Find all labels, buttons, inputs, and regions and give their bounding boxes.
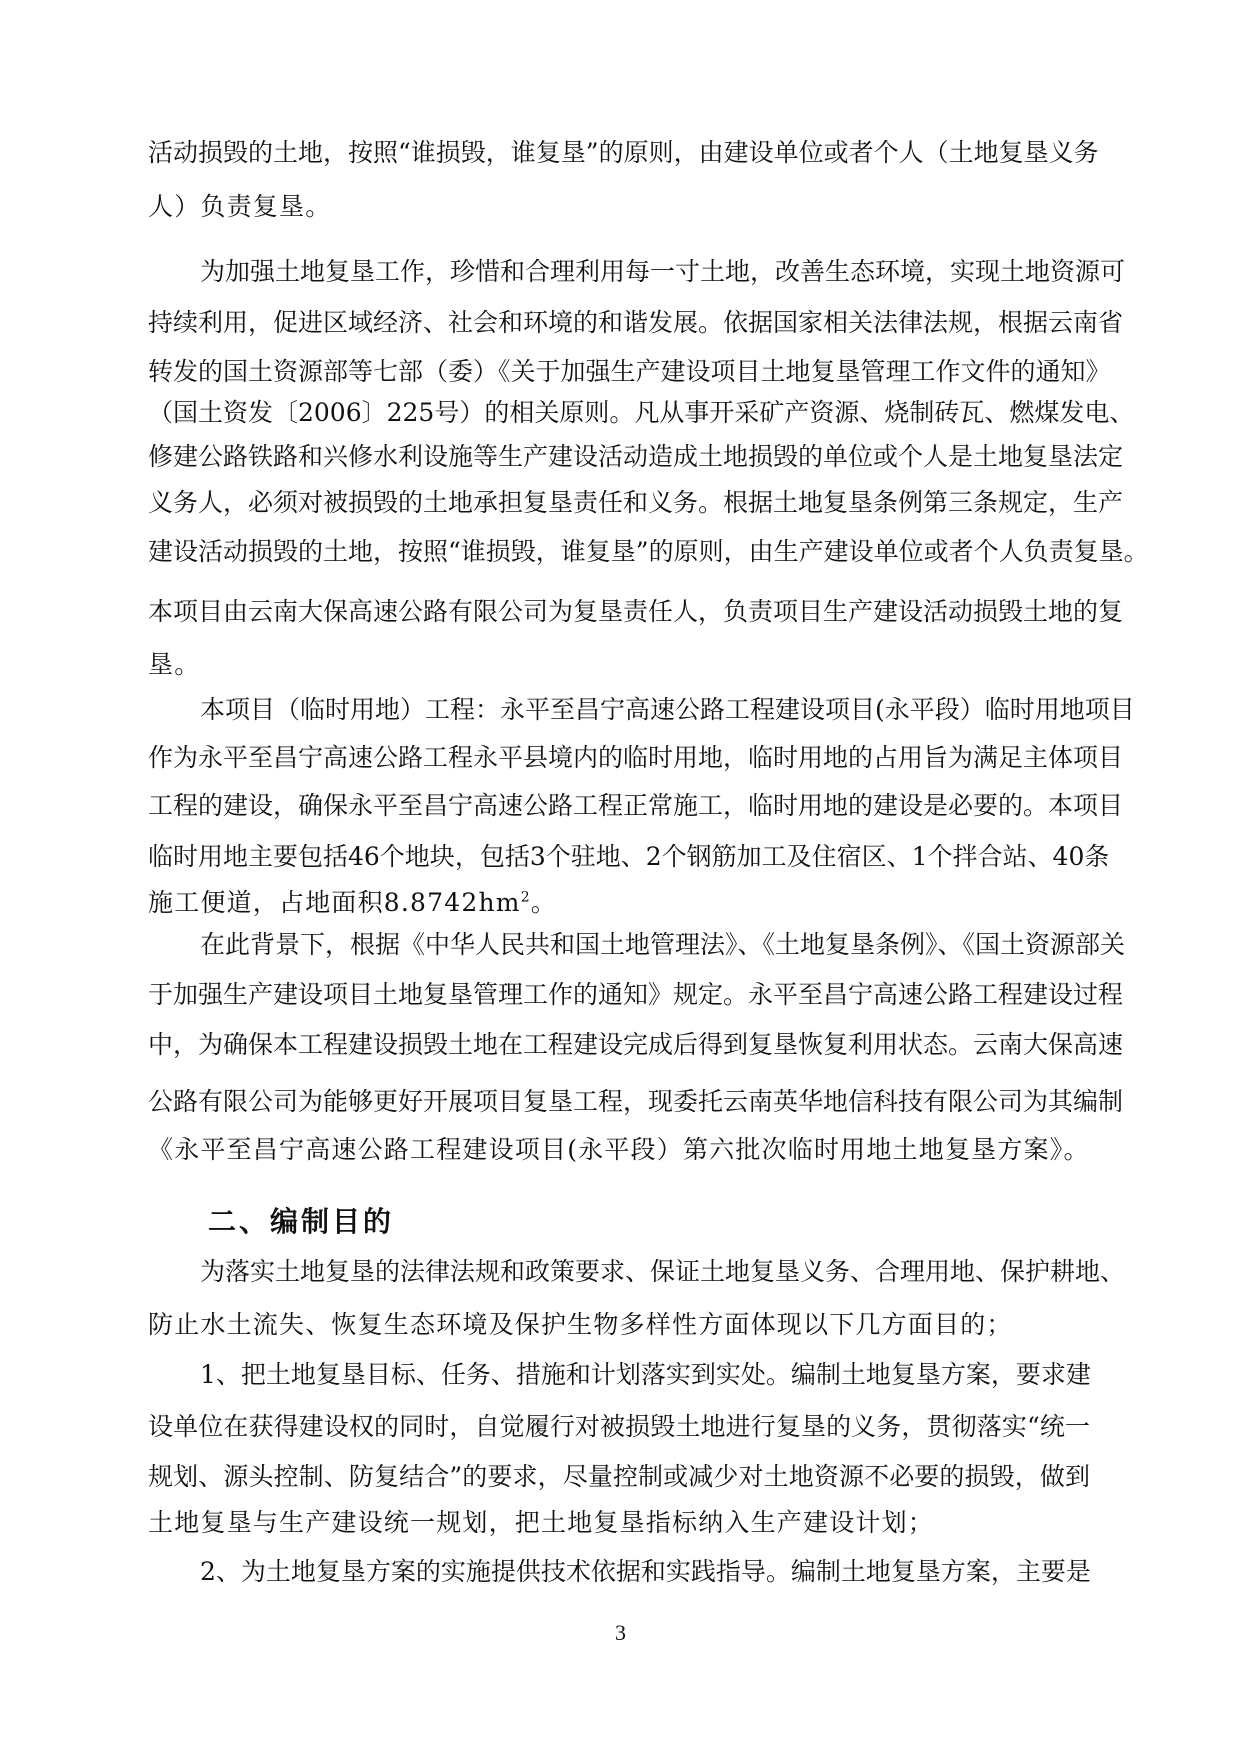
- paragraph-line: 中，为确保本工程建设损毁土地在工程建设完成后得到复垦恢复利用状态。云南大保高速: [148, 1025, 1090, 1065]
- section-heading: 二、编制目的: [208, 1202, 394, 1242]
- area-superscript: 2: [521, 890, 531, 906]
- paragraph-line: 防止水土流失、恢复生态环境及保护生物多样性方面体现以下几方面目的；: [148, 1305, 1090, 1345]
- paragraph-line: 规划、源头控制、防复结合”的要求，尽量控制或减少对土地资源不必要的损毁，做到: [148, 1457, 1090, 1497]
- paragraph-line: 活动损毁的土地，按照“谁损毁，谁复垦”的原则，由建设单位或者个人（土地复垦义务: [148, 133, 1090, 173]
- paragraph-line: 义务人，必须对被损毁的土地承担复垦责任和义务。根据土地复垦条例第三条规定，生产: [148, 483, 1090, 523]
- paragraph-line: 临时用地主要包括46个地块，包括3个驻地、2个钢筋加工及住宿区、1个拌合站、40…: [148, 837, 1090, 877]
- paragraph-line: 本项目由云南大保高速公路有限公司为复垦责任人，负责项目生产建设活动损毁土地的复: [148, 592, 1090, 632]
- paragraph-line: 土地复垦与生产建设统一规划，把土地复垦指标纳入生产建设计划；: [148, 1503, 1090, 1543]
- paragraph-line: 公路有限公司为能够更好开展项目复垦工程，现委托云南英华地信科技有限公司为其编制: [148, 1082, 1090, 1122]
- paragraph-line: 2、为土地复垦方案的实施提供技术依据和实践指导。编制土地复垦方案，主要是: [200, 1552, 1090, 1592]
- paragraph-line: 为加强土地复垦工作，珍惜和合理利用每一寸土地，改善生态环境，实现土地资源可: [200, 252, 1090, 292]
- paragraph-line: 人）负责复垦。: [148, 187, 1090, 227]
- paragraph-line: 工程的建设，确保永平至昌宁高速公路工程正常施工，临时用地的建设是必要的。本项目: [148, 786, 1090, 826]
- paragraph-line: 施工便道，占地面积8.8742hm2。: [148, 883, 1090, 923]
- paragraph-line: 为落实土地复垦的法律法规和政策要求、保证土地复垦义务、合理用地、保护耕地、: [200, 1252, 1090, 1292]
- paragraph-line: 作为永平至昌宁高速公路工程永平县境内的临时用地，临时用地的占用旨为满足主体项目: [148, 738, 1090, 778]
- paragraph-line: 在此背景下，根据《中华人民共和国土地管理法》、《土地复垦条例》、《国土资源部关: [200, 925, 1090, 965]
- paragraph-line: 建设活动损毁的土地，按照“谁损毁，谁复垦”的原则，由生产建设单位或者个人负责复垦…: [148, 532, 1090, 572]
- paragraph-line: 修建公路铁路和兴修水利设施等生产建设活动造成土地损毁的单位或个人是土地复垦法定: [148, 437, 1090, 477]
- paragraph-line: 1、把土地复垦目标、任务、措施和计划落实到实处。编制土地复垦方案，要求建: [200, 1355, 1090, 1395]
- paragraph-line: 本项目（临时用地）工程：永平至昌宁高速公路工程建设项目(永平段）临时用地项目: [200, 690, 1090, 730]
- paragraph-line: 设单位在获得建设权的同时，自觉履行对被损毁土地进行复垦的义务，贯彻落实“统一: [148, 1407, 1090, 1447]
- paragraph-line: 《永平至昌宁高速公路工程建设项目(永平段）第六批次临时用地土地复垦方案》。: [148, 1130, 1090, 1170]
- area-suffix: 。: [531, 888, 557, 917]
- area-text: 施工便道，占地面积8.8742hm: [148, 888, 521, 917]
- paragraph-line: 持续利用，促进区域经济、社会和环境的和谐发展。依据国家相关法律法规，根据云南省: [148, 303, 1090, 343]
- document-page: 活动损毁的土地，按照“谁损毁，谁复垦”的原则，由建设单位或者个人（土地复垦义务 …: [0, 0, 1241, 1755]
- paragraph-line: 转发的国土资源部等七部（委）《关于加强生产建设项目土地复垦管理工作文件的通知》: [148, 352, 1090, 392]
- paragraph-line: （国土资发〔2006〕225号）的相关原则。凡从事开采矿产资源、烧制砖瓦、燃煤发…: [148, 393, 1090, 433]
- paragraph-line: 于加强生产建设项目土地复垦管理工作的通知》规定。永平至昌宁高速公路工程建设过程: [148, 975, 1090, 1015]
- page-number: 3: [0, 1620, 1241, 1646]
- paragraph-line: 垦。: [148, 645, 1090, 685]
